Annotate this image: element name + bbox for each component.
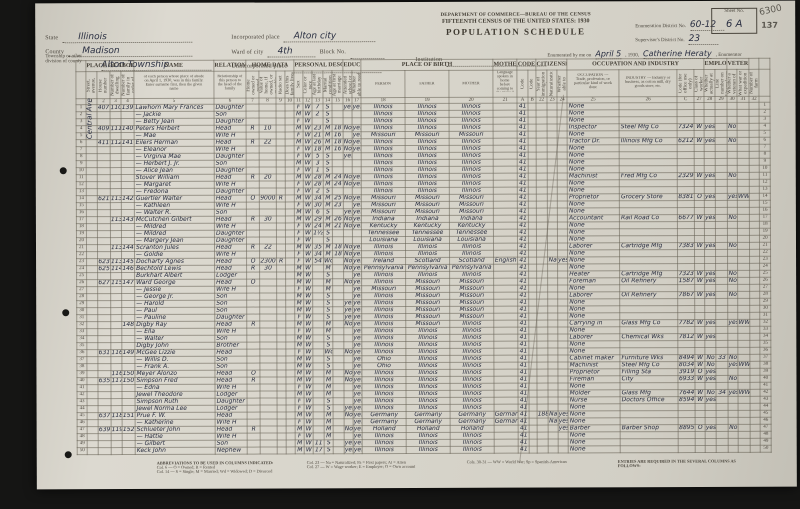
- entry-cell: No: [343, 125, 352, 132]
- entry-cell: [536, 117, 547, 124]
- entry-cell: W: [304, 419, 313, 426]
- footer-fine-print: ABBREVIATIONS TO BE USED IN COLUMNS INDI…: [157, 460, 777, 477]
- entry-cell: 34: [312, 195, 323, 202]
- entry-cell: 627: [98, 280, 111, 287]
- entry-cell: W: [304, 244, 313, 251]
- entry-cell: WW: [737, 193, 749, 200]
- column-subheader: House number: [97, 72, 110, 99]
- entry-cell: [558, 250, 568, 257]
- entry-cell: [738, 347, 750, 354]
- entry-cell: 113: [110, 245, 121, 252]
- entry-cell: [678, 411, 695, 418]
- entry-cell: [122, 314, 135, 321]
- entry-cell: [277, 405, 286, 412]
- entry-cell: [352, 167, 361, 174]
- entry-cell: [247, 433, 260, 440]
- line-number-cell: 18: [76, 224, 86, 231]
- column-subheader: Line number on Unemployment Schedule: [715, 69, 727, 96]
- column-subheader: Does this family live on a farm?: [285, 71, 294, 98]
- entry-cell: [286, 440, 295, 447]
- entry-cell: [529, 334, 537, 341]
- entry-cell: M: [295, 363, 304, 370]
- entry-cell: [548, 439, 558, 446]
- entry-cell: [529, 257, 537, 264]
- entry-cell: [529, 397, 537, 404]
- column-group-header: RELATION: [214, 60, 246, 71]
- entry-cell: [727, 186, 737, 193]
- entry-cell: [558, 341, 568, 348]
- line-number-cell: 11: [76, 175, 86, 182]
- entry-cell: 10: [259, 125, 276, 132]
- column-subheader: Code: [528, 70, 536, 97]
- column-subheader-label: Code (for office use only): [678, 71, 693, 96]
- line-number-cell: 29: [760, 298, 771, 305]
- entry-cell: W: [303, 118, 312, 125]
- line-number-cell: 42: [760, 389, 771, 396]
- entry-cell: [97, 112, 110, 119]
- line-number-cell: 39: [760, 368, 771, 375]
- entry-cell: [247, 405, 260, 412]
- entry-cell: yes: [353, 356, 362, 363]
- entry-cell: [111, 287, 122, 294]
- entry-cell: [728, 305, 738, 312]
- entry-cell: [528, 166, 536, 173]
- column-subheader: INDUSTRY — Industry or business, as cott…: [619, 70, 677, 97]
- entry-cell: [750, 207, 760, 214]
- column-subheader: Number of dwelling house in order of vis…: [110, 72, 121, 99]
- entry-cell: [528, 117, 536, 124]
- entry-cell: M: [323, 125, 332, 132]
- entry-cell: Illinois: [362, 447, 406, 454]
- entry-cell: [715, 102, 727, 109]
- entry-cell: 9000: [259, 195, 276, 202]
- entry-cell: [529, 299, 537, 306]
- entry-cell: [286, 279, 295, 286]
- entry-cell: 22: [259, 139, 276, 146]
- entry-cell: M: [324, 321, 333, 328]
- entry-cell: [716, 200, 728, 207]
- entry-cell: W: [695, 396, 705, 403]
- entry-cell: yes: [353, 244, 362, 251]
- entry-cell: 7383: [678, 243, 695, 250]
- entry-cell: [98, 287, 111, 294]
- entry-cell: [537, 306, 548, 313]
- column-group-header: HOME DATA: [246, 60, 294, 71]
- entry-cell: W: [304, 293, 313, 300]
- entry-cell: yes: [705, 333, 716, 340]
- entry-cell: 30: [260, 265, 277, 272]
- entry-cell: [750, 228, 760, 235]
- entry-cell: [87, 399, 98, 406]
- pencil-note-2: 137: [761, 21, 778, 30]
- entry-cell: M: [294, 139, 303, 146]
- entry-cell: 41: [517, 131, 528, 138]
- entry-cell: No: [343, 195, 352, 202]
- entry-cell: [110, 182, 121, 189]
- entry-cell: [678, 306, 695, 313]
- sheet-number-box: Sheet No. 6 A: [711, 8, 757, 34]
- entry-cell: W: [303, 146, 312, 153]
- entry-cell: [286, 244, 295, 251]
- entry-cell: [750, 410, 760, 417]
- entry-cell: [276, 111, 285, 118]
- entry-cell: [260, 314, 277, 321]
- line-number-cell: 18: [760, 221, 771, 228]
- entry-cell: W: [304, 237, 313, 244]
- entry-cell: [737, 144, 749, 151]
- entry-cell: [260, 286, 277, 293]
- entry-cell: 22: [260, 244, 277, 251]
- entry-cell: [122, 300, 135, 307]
- entry-cell: [110, 210, 121, 217]
- entry-cell: [344, 391, 353, 398]
- entry-cell: [313, 286, 324, 293]
- entry-cell: [558, 348, 568, 355]
- entry-cell: W: [304, 440, 313, 447]
- entry-cell: [536, 145, 547, 152]
- entry-cell: [344, 342, 353, 349]
- entry-cell: [333, 426, 344, 433]
- entry-cell: yes: [353, 384, 362, 391]
- entry-cell: F: [295, 349, 304, 356]
- entry-cell: [122, 307, 135, 314]
- entry-cell: 41: [518, 432, 529, 439]
- entry-cell: [529, 222, 537, 229]
- entry-cell: R: [247, 321, 260, 328]
- entry-cell: [87, 301, 98, 308]
- entry-cell: 41: [517, 159, 528, 166]
- entry-cell: [548, 383, 558, 390]
- entry-cell: S: [323, 160, 332, 167]
- entry-cell: [110, 238, 121, 245]
- entry-cell: [285, 132, 294, 139]
- entry-cell: [122, 335, 135, 342]
- entry-cell: [344, 398, 353, 405]
- entry-cell: Pennsylvania: [362, 265, 406, 272]
- entry-cell: F: [294, 118, 303, 125]
- entry-cell: [716, 284, 728, 291]
- entry-cell: W: [304, 433, 313, 440]
- entry-cell: [111, 315, 122, 322]
- entry-cell: [528, 138, 536, 145]
- entry-cell: yes: [705, 368, 716, 375]
- entry-cell: [716, 207, 728, 214]
- entry-cell: [276, 146, 285, 153]
- entry-cell: [558, 362, 568, 369]
- entry-cell: [536, 103, 547, 110]
- entry-cell: [749, 186, 759, 193]
- entry-cell: [715, 165, 727, 172]
- entry-cell: [557, 103, 567, 110]
- entry-cell: [353, 230, 362, 237]
- entry-cell: [352, 111, 361, 118]
- entry-cell: [332, 153, 343, 160]
- line-number-cell: 25: [77, 273, 87, 280]
- entry-cell: [313, 356, 324, 363]
- entry-cell: Nephew: [215, 447, 247, 454]
- entry-cell: [558, 369, 568, 376]
- entry-cell: [98, 385, 111, 392]
- entry-cell: [750, 347, 760, 354]
- entry-cell: [122, 342, 135, 349]
- entry-cell: 41: [517, 103, 528, 110]
- entry-cell: 41: [518, 215, 529, 222]
- entry-cell: O: [695, 424, 705, 431]
- entry-cell: M: [323, 174, 332, 181]
- entry-cell: S: [324, 307, 333, 314]
- column-subheader: Color or race: [303, 71, 312, 98]
- entry-cell: No: [728, 354, 738, 361]
- column-subheader-label: Line number on Unemployment Schedule: [716, 70, 728, 95]
- entry-cell: [738, 277, 750, 284]
- entry-cell: [286, 405, 295, 412]
- entry-cell: [259, 188, 276, 195]
- entry-cell: [705, 347, 716, 354]
- entry-cell: Na: [548, 411, 558, 418]
- entry-cell: W: [304, 398, 313, 405]
- entry-cell: 6: [312, 209, 323, 216]
- entry-cell: [259, 160, 276, 167]
- entry-cell: [678, 327, 695, 334]
- entry-cell: [738, 298, 750, 305]
- entry-cell: [286, 398, 295, 405]
- entry-cell: [122, 251, 135, 258]
- entry-cell: [716, 375, 728, 382]
- entry-cell: [529, 320, 537, 327]
- entry-cell: 41: [517, 201, 528, 208]
- entry-cell: 24: [332, 181, 343, 188]
- entry-cell: yes: [344, 440, 353, 447]
- entry-cell: Tennessee: [406, 229, 450, 236]
- entry-cell: [332, 104, 343, 111]
- entry-cell: [286, 258, 295, 265]
- entry-cell: [750, 270, 760, 277]
- entry-cell: W: [695, 389, 705, 396]
- entry-cell: 2: [312, 188, 323, 195]
- entry-cell: S: [323, 188, 332, 195]
- entry-cell: [260, 419, 277, 426]
- entry-cell: [87, 294, 98, 301]
- entry-cell: [528, 208, 536, 215]
- line-number-cell: 16: [76, 210, 86, 217]
- entry-cell: [97, 238, 110, 245]
- entry-cell: [557, 124, 567, 131]
- entry-cell: [548, 334, 558, 341]
- entry-cell: M: [295, 293, 304, 300]
- column-subheader: of each person whose place of abode on A…: [134, 71, 214, 98]
- entry-cell: [738, 424, 750, 431]
- entry-cell: 7323: [678, 271, 695, 278]
- line-number-cell: 17: [760, 214, 771, 221]
- entry-cell: [528, 159, 536, 166]
- entry-cell: [529, 369, 537, 376]
- entry-cell: 21: [332, 223, 343, 230]
- entry-cell: [537, 299, 548, 306]
- entry-cell: [97, 154, 110, 161]
- line-number-cell: 30: [760, 305, 771, 312]
- entry-cell: [286, 419, 295, 426]
- entry-cell: [285, 202, 294, 209]
- entry-cell: [333, 293, 344, 300]
- entry-cell: 8381: [677, 194, 694, 201]
- entry-cell: [97, 175, 110, 182]
- entry-cell: [750, 431, 760, 438]
- entry-cell: [285, 188, 294, 195]
- entry-cell: [286, 272, 295, 279]
- entry-cell: S: [324, 342, 333, 349]
- entry-cell: [705, 298, 716, 305]
- column-group-header: CODE: [517, 59, 536, 70]
- entry-cell: Na: [548, 257, 558, 264]
- entry-cell: [529, 243, 537, 250]
- entry-cell: [246, 188, 259, 195]
- entry-cell: [110, 231, 121, 238]
- entry-cell: [548, 299, 558, 306]
- entry-cell: [536, 180, 547, 187]
- column-subheader: Whether actually at work yesterday: [704, 69, 715, 96]
- entry-cell: 621: [97, 196, 110, 203]
- entry-cell: 41: [518, 320, 529, 327]
- entry-cell: [313, 377, 324, 384]
- entry-cell: [548, 432, 558, 439]
- entry-cell: [715, 158, 727, 165]
- line-number-cell: 4: [76, 126, 86, 133]
- entry-cell: [111, 406, 122, 413]
- entry-cell: [678, 250, 695, 257]
- entry-cell: [333, 384, 344, 391]
- entry-cell: [750, 326, 760, 333]
- entry-cell: yes: [705, 424, 716, 431]
- entry-cell: [110, 147, 121, 154]
- entry-cell: No: [727, 137, 737, 144]
- entry-cell: [728, 235, 738, 242]
- entry-cell: [122, 398, 135, 405]
- entry-cell: [557, 117, 567, 124]
- sheet-value: 6 A: [726, 19, 742, 30]
- entry-cell: yes: [353, 398, 362, 405]
- entry-cell: [716, 305, 728, 312]
- entry-cell: 623: [98, 259, 111, 266]
- entry-cell: Daughter: [214, 167, 246, 174]
- entry-cell: F: [295, 286, 304, 293]
- entry-cell: No: [343, 216, 352, 223]
- entry-cell: [738, 207, 750, 214]
- entry-cell: [87, 273, 98, 280]
- entry-cell: [558, 313, 568, 320]
- entry-cell: No: [728, 277, 738, 284]
- entry-cell: [727, 165, 737, 172]
- entry-cell: [313, 300, 324, 307]
- entry-cell: 5: [312, 153, 323, 160]
- entry-cell: [277, 300, 286, 307]
- entry-cell: [738, 326, 750, 333]
- entry-cell: [704, 151, 715, 158]
- entry-cell: Wd: [324, 258, 333, 265]
- entry-cell: S: [324, 314, 333, 321]
- entry-cell: [111, 357, 122, 364]
- line-number-cell: 50: [77, 448, 87, 455]
- line-number-cell: 35: [77, 343, 87, 350]
- entry-cell: [86, 133, 97, 140]
- entry-cell: Illinois: [450, 446, 494, 453]
- entry-cell: No: [344, 426, 353, 433]
- entry-cell: O: [247, 258, 260, 265]
- entry-cell: [537, 313, 548, 320]
- line-number-cell: 26: [760, 277, 771, 284]
- entry-cell: Illinois: [406, 446, 450, 453]
- entry-cell: [716, 340, 728, 347]
- entry-cell: [313, 384, 324, 391]
- entry-cell: [750, 375, 760, 382]
- entry-cell: M: [324, 391, 333, 398]
- entry-cell: [111, 441, 122, 448]
- entry-cell: [277, 279, 286, 286]
- entry-cell: [547, 159, 557, 166]
- entry-cell: 18: [332, 125, 343, 132]
- line-number-cell: 36: [77, 350, 87, 357]
- entry-cell: [738, 382, 750, 389]
- entry-cell: [333, 328, 344, 335]
- line-number-cell: 23: [760, 256, 771, 263]
- entry-cell: F: [295, 419, 304, 426]
- column-subheader: OCCUPATION — Trade, profession, or parti…: [567, 70, 619, 97]
- entry-cell: [558, 236, 568, 243]
- entry-cell: [750, 396, 760, 403]
- entry-cell: [715, 172, 727, 179]
- entry-cell: 41: [517, 145, 528, 152]
- entry-cell: 41: [518, 376, 529, 383]
- entry-cell: W: [304, 363, 313, 370]
- entry-cell: [97, 224, 110, 231]
- entry-cell: yes: [353, 412, 362, 419]
- line-number-cell: 11: [759, 172, 770, 179]
- entry-cell: [678, 383, 695, 390]
- entry-cell: [749, 109, 759, 116]
- entry-cell: F: [294, 153, 303, 160]
- entry-cell: [246, 181, 259, 188]
- entry-cell: [332, 188, 343, 195]
- entry-cell: [277, 398, 286, 405]
- entry-cell: 151: [122, 412, 135, 419]
- entry-cell: 7812: [678, 334, 695, 341]
- entry-cell: F: [295, 230, 304, 237]
- column-group-header: EDUCATION: [343, 60, 361, 71]
- entry-cell: [737, 151, 749, 158]
- entry-cell: [122, 293, 135, 300]
- entry-cell: M: [324, 265, 333, 272]
- entry-cell: yes: [705, 242, 716, 249]
- entry-cell: [260, 307, 277, 314]
- entry-cell: [344, 433, 353, 440]
- column-subheader-label: What war or expedition: [738, 70, 748, 95]
- entry-cell: [97, 182, 110, 189]
- line-number-cell: 40: [760, 375, 771, 382]
- line-number-cell: 2: [759, 109, 770, 116]
- entry-cell: [705, 417, 716, 424]
- entry-cell: [704, 144, 715, 151]
- entry-cell: 7324: [677, 124, 694, 131]
- entry-cell: [749, 165, 759, 172]
- entry-cell: [695, 305, 705, 312]
- column-subheader-label: Home owned or rented: [246, 72, 259, 97]
- entry-cell: [548, 369, 558, 376]
- entry-cell: S: [324, 300, 333, 307]
- entry-cell: R: [246, 216, 259, 223]
- entry-cell: 110: [110, 105, 121, 112]
- entry-cell: [97, 245, 110, 252]
- entry-cell: [333, 342, 344, 349]
- entry-cell: [260, 363, 277, 370]
